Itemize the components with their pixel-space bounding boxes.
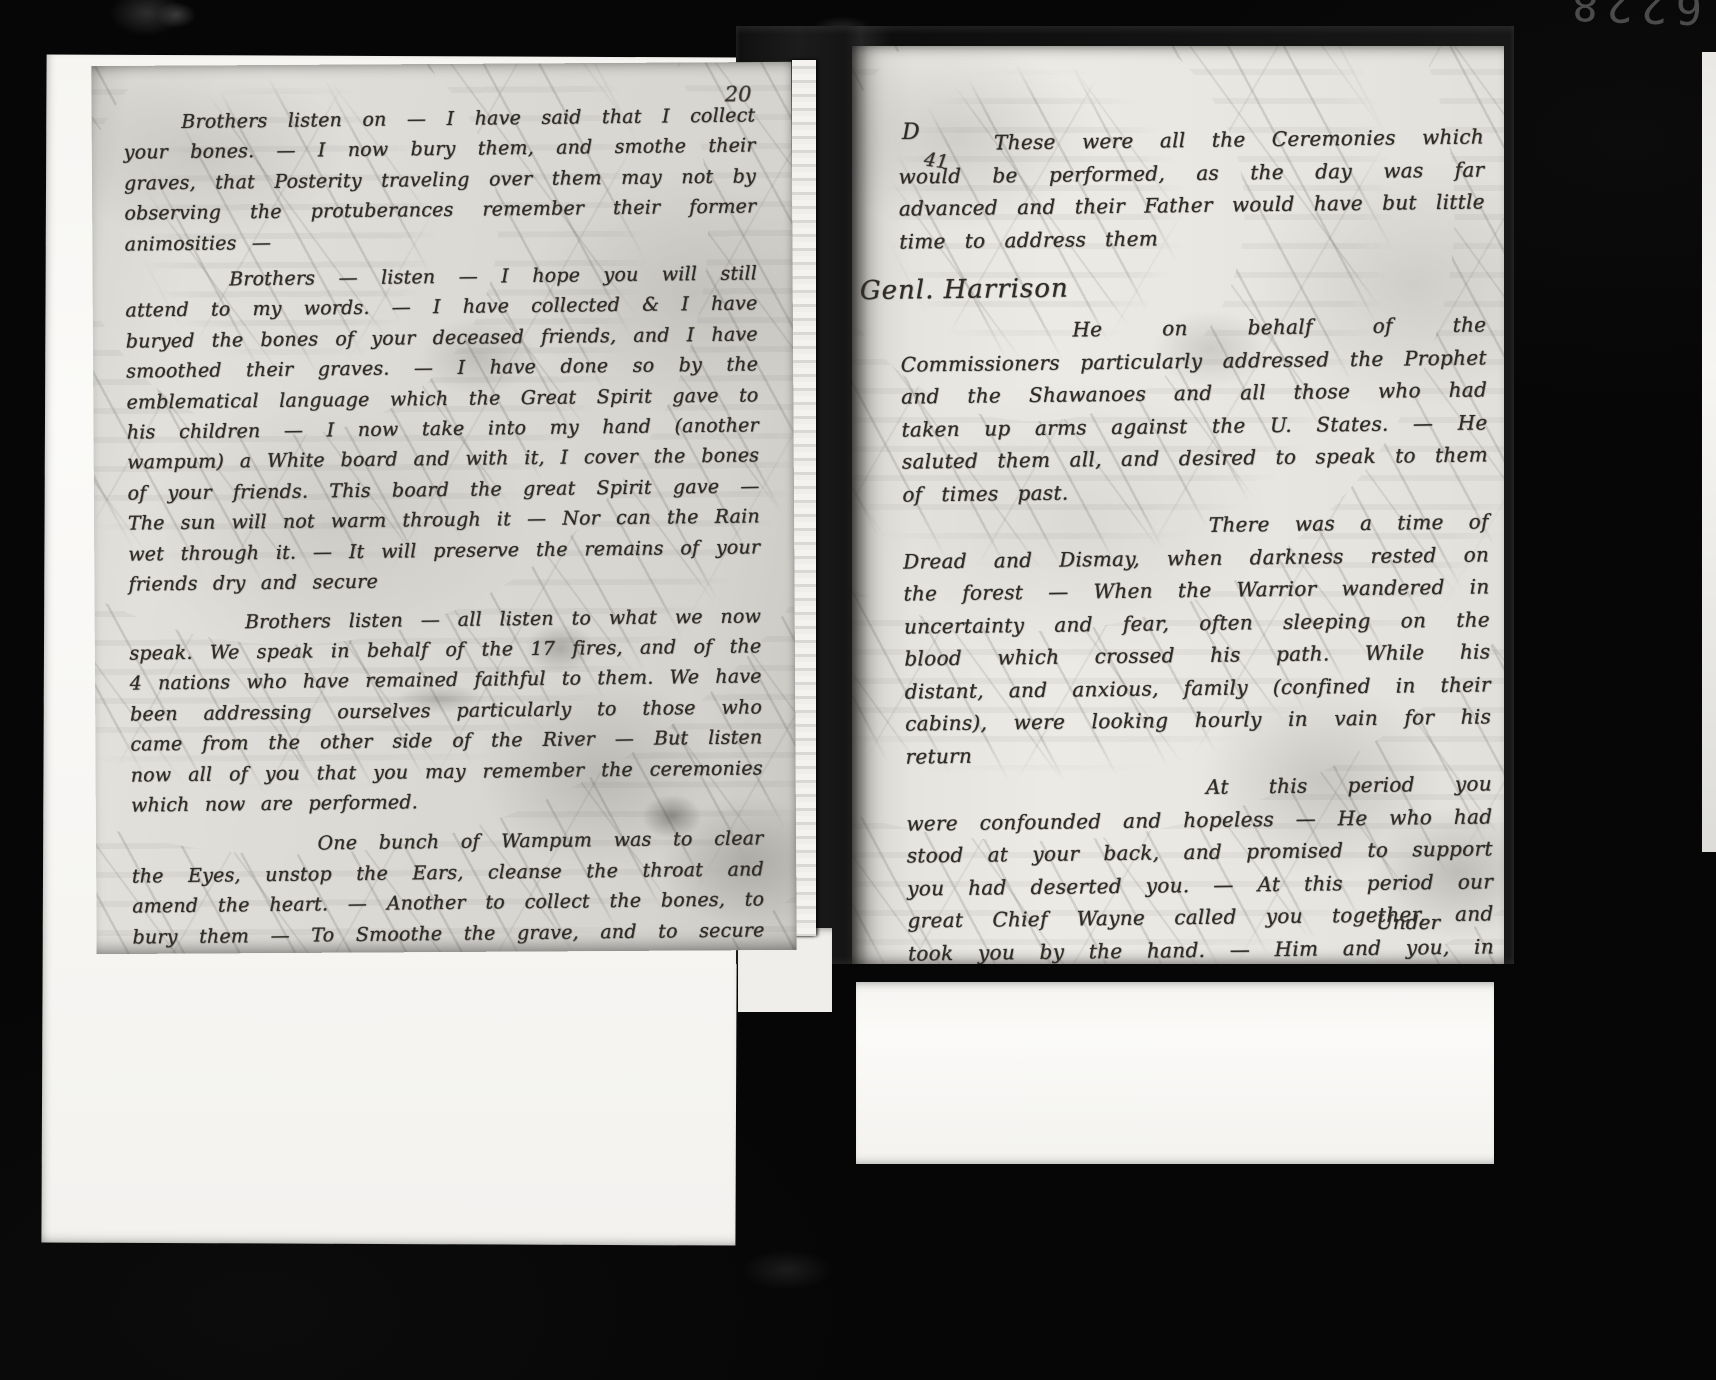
catchword: Under (1376, 910, 1440, 934)
handwritten-paragraph: He on behalf of the Commissioners partic… (900, 308, 1488, 510)
right-backing-sheet (856, 982, 1494, 1164)
film-edge-strip (1702, 52, 1716, 852)
microfilm-scan: 6228 20 Brothers listen on — I have said… (0, 0, 1716, 1380)
handwritten-paragraph: These were all the Ceremonies which woul… (898, 120, 1486, 257)
film-blotch (156, 2, 196, 28)
handwritten-paragraph: There was a time of Dread and Dismay, wh… (903, 505, 1492, 772)
left-manuscript-page: 20 Brothers listen on — I have said that… (91, 62, 796, 954)
left-page-text: Brothers listen on — I have said that I … (123, 100, 765, 954)
handwritten-paragraph: Brothers — listen — I hope you will stil… (125, 258, 761, 600)
film-blotch (742, 1250, 832, 1290)
right-manuscript-page: D 41 These were all the Ceremonies which… (852, 46, 1504, 964)
film-blotch (110, 0, 184, 36)
handwritten-paragraph: Brothers listen — all listen to what we … (129, 601, 763, 821)
handwritten-paragraph: At this period you were confounded and h… (906, 767, 1496, 964)
handwritten-paragraph: One bunch of Wampum was to clear the Eye… (131, 824, 765, 954)
speaker-heading: Genl. Harrison (860, 268, 1486, 306)
right-page-text: These were all the Ceremonies which woul… (898, 120, 1496, 964)
handwritten-paragraph: Brothers listen on — I have said that I … (123, 100, 757, 259)
film-frame-number: 6228 (1547, 0, 1716, 34)
